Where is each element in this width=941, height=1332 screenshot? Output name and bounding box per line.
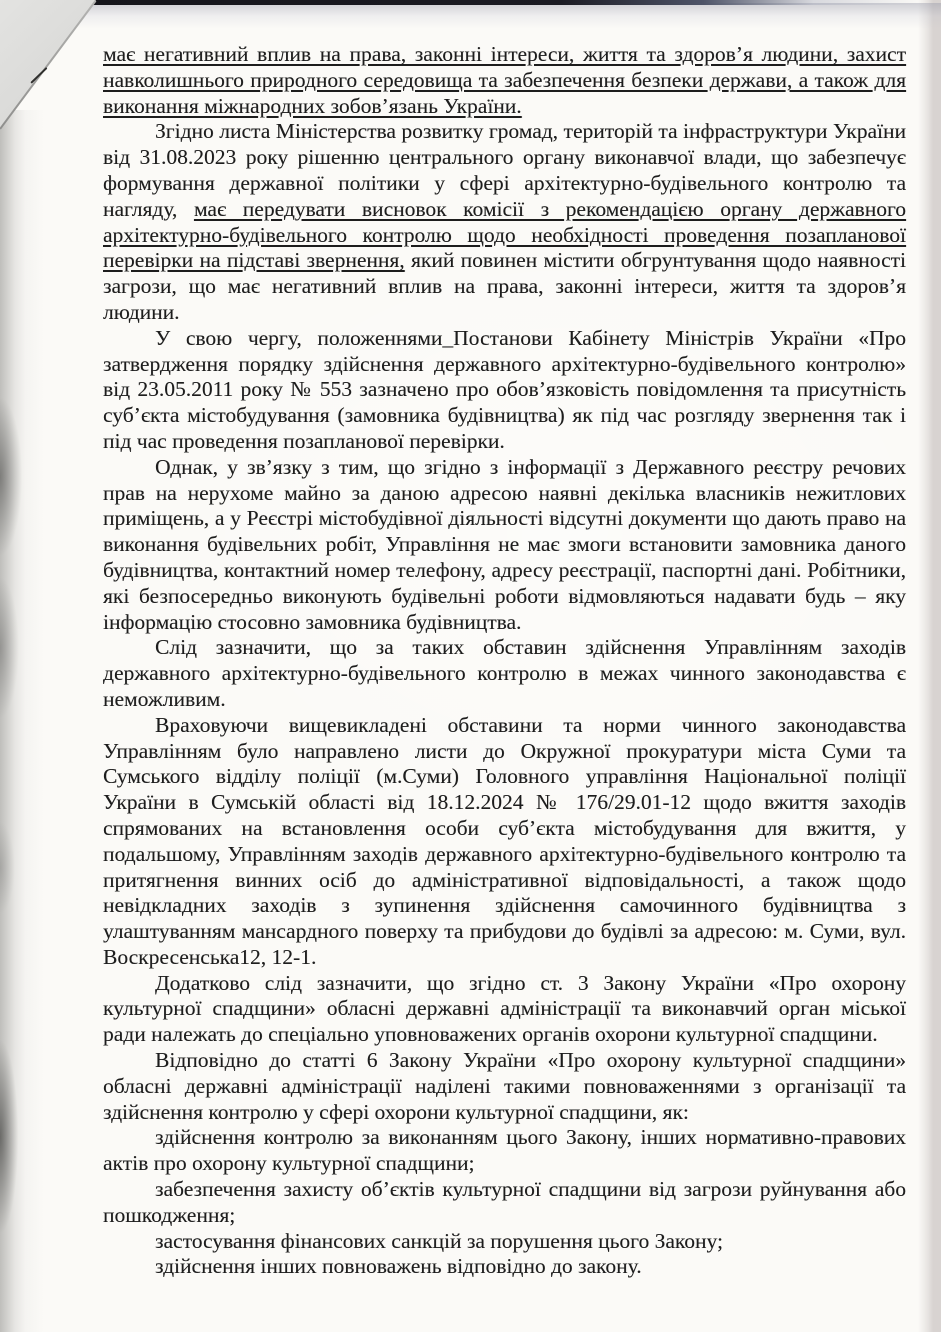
text: здійснення інших повноважень відповідно … <box>155 1254 642 1278</box>
paragraph: здійснення інших повноважень відповідно … <box>103 1254 906 1280</box>
text: застосування фінансових санкцій за поруш… <box>155 1229 723 1253</box>
text: Враховуючи вищевикладені обставини та но… <box>103 713 906 969</box>
text: забезпечення захисту об’єктів культурної… <box>103 1177 906 1227</box>
scanned-page: має негативний вплив на права, законні і… <box>0 0 941 1332</box>
paragraph: Додатково слід зазначити, що згідно ст. … <box>103 971 906 1048</box>
paragraph: здійснення контролю за виконанням цього … <box>103 1125 906 1177</box>
scan-top-edge-strip <box>92 0 941 5</box>
text: Додатково слід зазначити, що згідно ст. … <box>103 971 906 1047</box>
paragraph: Однак, у зв’язку з тим, що згідно з інфо… <box>103 455 906 636</box>
paragraph: застосування фінансових санкцій за поруш… <box>103 1229 906 1255</box>
text: Однак, у зв’язку з тим, що згідно з інфо… <box>103 455 906 634</box>
underlined-text: має негативний вплив на права, законні і… <box>103 42 906 118</box>
text: Слід зазначити, що за таких обставин зді… <box>103 635 906 711</box>
scan-right-edge-strip <box>918 0 941 1332</box>
paragraph: У свою чергу, положеннями_Постанови Кабі… <box>103 326 906 455</box>
paragraph: Згідно листа Міністерства розвитку грома… <box>103 119 906 325</box>
paragraph: Відповідно до статті 6 Закону України «П… <box>103 1048 906 1125</box>
paragraph: Слід зазначити, що за таких обставин зді… <box>103 635 906 712</box>
scan-left-edge-smudge <box>0 110 44 1332</box>
text: здійснення контролю за виконанням цього … <box>103 1125 906 1175</box>
scan-top-shadow-band <box>60 3 941 29</box>
paragraph: Враховуючи вищевикладені обставини та но… <box>103 713 906 971</box>
document-body: має негативний вплив на права, законні і… <box>103 42 906 1280</box>
text: У свою чергу, положеннями_Постанови Кабі… <box>103 326 906 453</box>
text: Відповідно до статті 6 Закону України «П… <box>103 1048 906 1124</box>
paragraph: забезпечення захисту об’єктів культурної… <box>103 1177 906 1229</box>
paragraph: має негативний вплив на права, законні і… <box>103 42 906 119</box>
